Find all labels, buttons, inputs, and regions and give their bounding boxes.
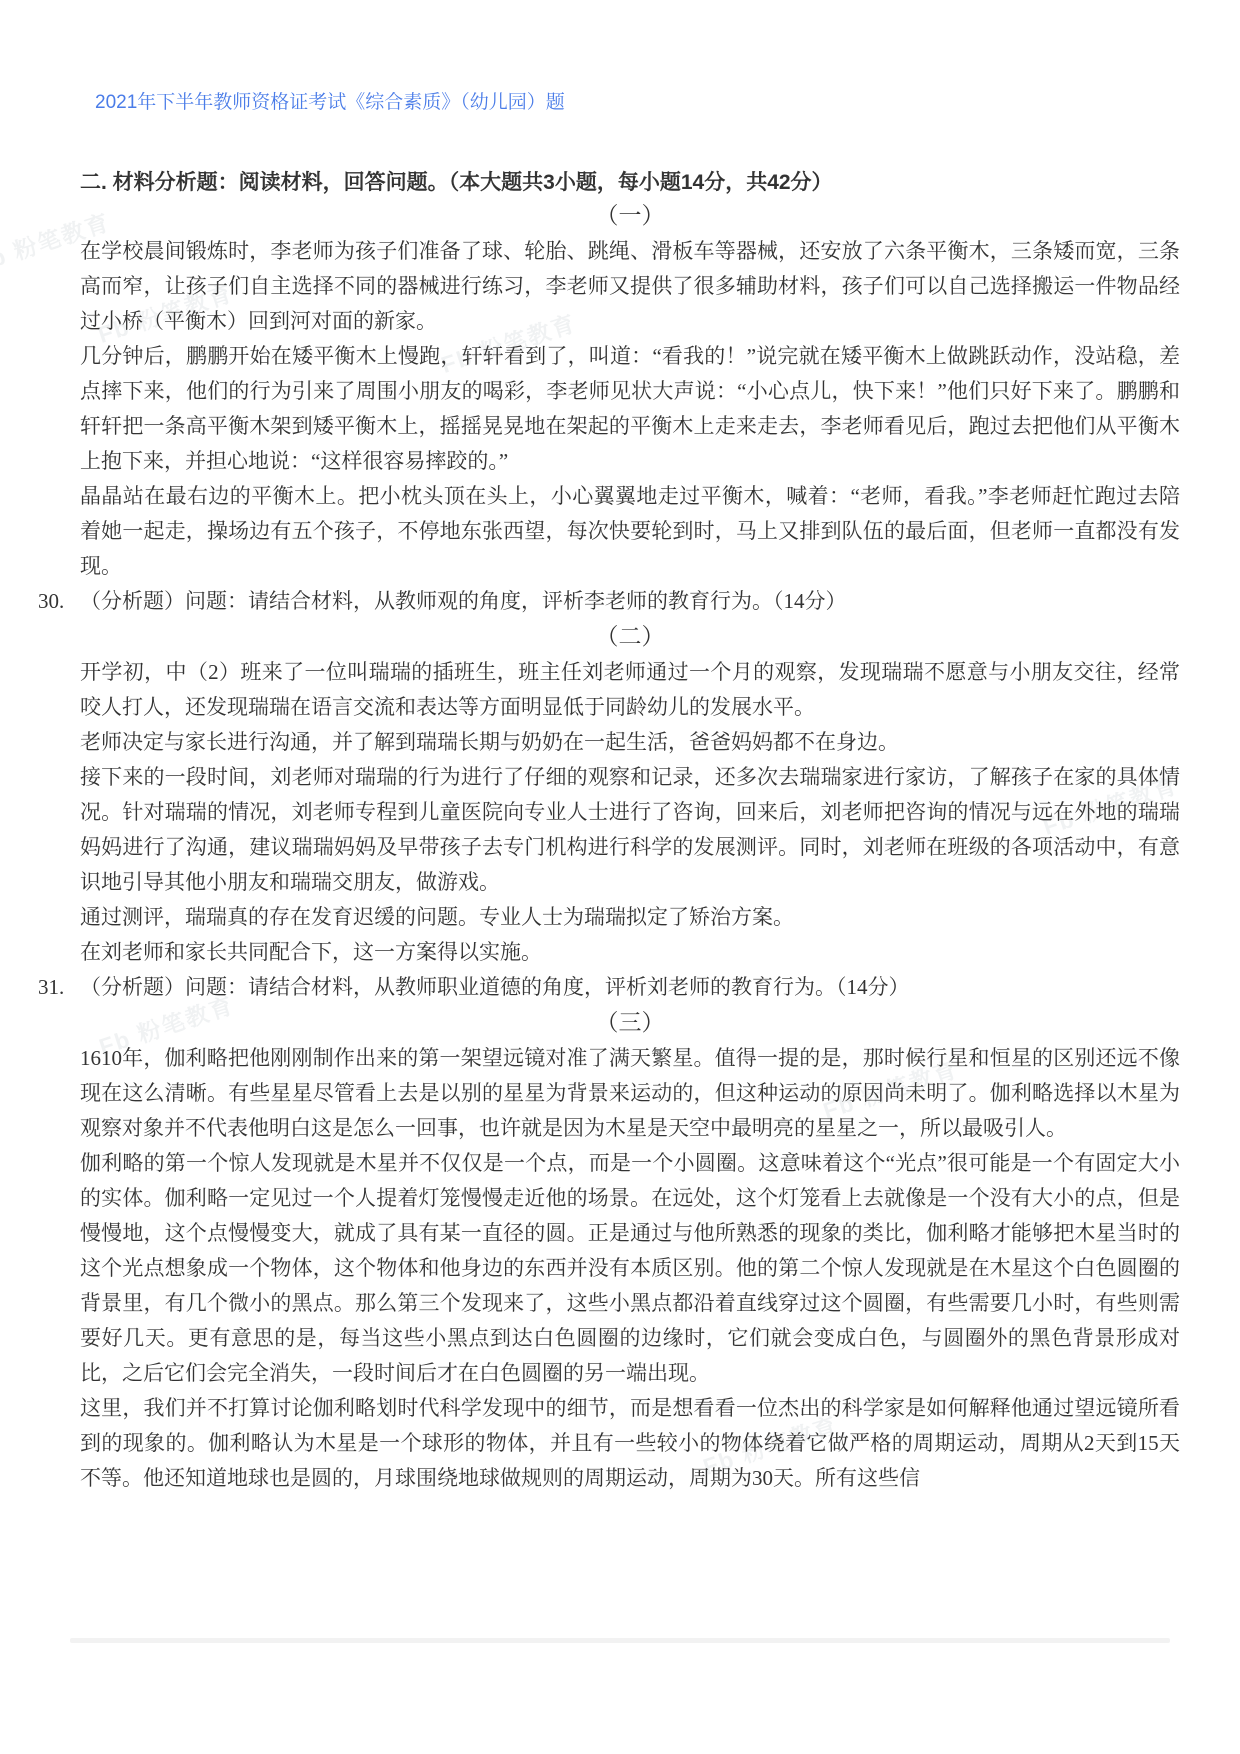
section-heading: 二. 材料分析题：阅读材料，回答问题。（本大题共3小题，每小题14分，共42分） xyxy=(80,168,1180,198)
question-30-number: 30. xyxy=(38,584,80,619)
material-1-paragraph: 晶晶站在最右边的平衡木上。把小枕头顶在头上，小心翼翼地走过平衡木，喊着：“老师，… xyxy=(80,479,1180,584)
material-2-paragraph: 通过测评，瑞瑞真的存在发育迟缓的问题。专业人士为瑞瑞拟定了矫治方案。 xyxy=(80,900,1180,935)
material-section-3: （三） 1610年，伽利略把他刚刚制作出来的第一架望远镜对准了满天繁星。值得一提… xyxy=(80,1006,1180,1496)
material-2-marker: （二） xyxy=(80,620,1180,654)
question-31-text: （分析题）问题：请结合材料，从教师职业道德的角度，评析刘老师的教育行为。（14分… xyxy=(80,970,1180,1005)
material-3-paragraph: 1610年，伽利略把他刚刚制作出来的第一架望远镜对准了满天繁星。值得一提的是，那… xyxy=(80,1041,1180,1146)
question-31: 31. （分析题）问题：请结合材料，从教师职业道德的角度，评析刘老师的教育行为。… xyxy=(38,970,1180,1005)
document-content: 2021年下半年教师资格证考试《综合素质》（幼儿园）题 二. 材料分析题：阅读材… xyxy=(80,0,1180,1496)
material-2-paragraph: 开学初，中（2）班来了一位叫瑞瑞的插班生，班主任刘老师通过一个月的观察，发现瑞瑞… xyxy=(80,655,1180,725)
question-30: 30. （分析题）问题：请结合材料，从教师观的角度，评析李老师的教育行为。（14… xyxy=(38,584,1180,619)
material-section-1: （一） 在学校晨间锻炼时，李老师为孩子们准备了球、轮胎、跳绳、滑板车等器械，还安… xyxy=(80,199,1180,619)
question-30-text: （分析题）问题：请结合材料，从教师观的角度，评析李老师的教育行为。（14分） xyxy=(80,584,1180,619)
material-1-paragraph: 几分钟后，鹏鹏开始在矮平衡木上慢跑，轩轩看到了，叫道：“看我的！”说完就在矮平衡… xyxy=(80,339,1180,479)
exam-document-page: Fb 粉笔教育 Fb 粉笔教育 Fb 粉笔教育 Fb 粉笔教育 Fb 粉笔教育 … xyxy=(0,0,1240,1754)
material-3-paragraph: 这里，我们并不打算讨论伽利略划时代科学发现中的细节，而是想看看一位杰出的科学家是… xyxy=(80,1391,1180,1496)
material-3-paragraph: 伽利略的第一个惊人发现就是木星并不仅仅是一个点，而是一个小圆圈。这意味着这个“光… xyxy=(80,1146,1180,1391)
material-1-paragraph: 在学校晨间锻炼时，李老师为孩子们准备了球、轮胎、跳绳、滑板车等器械，还安放了六条… xyxy=(80,234,1180,339)
page-title: 2021年下半年教师资格证考试《综合素质》（幼儿园）题 xyxy=(95,90,1180,116)
material-2-paragraph: 老师决定与家长进行沟通，并了解到瑞瑞长期与奶奶在一起生活，爸爸妈妈都不在身边。 xyxy=(80,725,1180,760)
material-2-paragraph: 在刘老师和家长共同配合下，这一方案得以实施。 xyxy=(80,935,1180,970)
material-section-2: （二） 开学初，中（2）班来了一位叫瑞瑞的插班生，班主任刘老师通过一个月的观察，… xyxy=(80,620,1180,1005)
page-separator xyxy=(70,1638,1170,1643)
material-3-marker: （三） xyxy=(80,1006,1180,1040)
question-31-number: 31. xyxy=(38,970,80,1005)
material-2-paragraph: 接下来的一段时间，刘老师对瑞瑞的行为进行了仔细的观察和记录，还多次去瑞瑞家进行家… xyxy=(80,760,1180,900)
material-1-marker: （一） xyxy=(80,199,1180,233)
